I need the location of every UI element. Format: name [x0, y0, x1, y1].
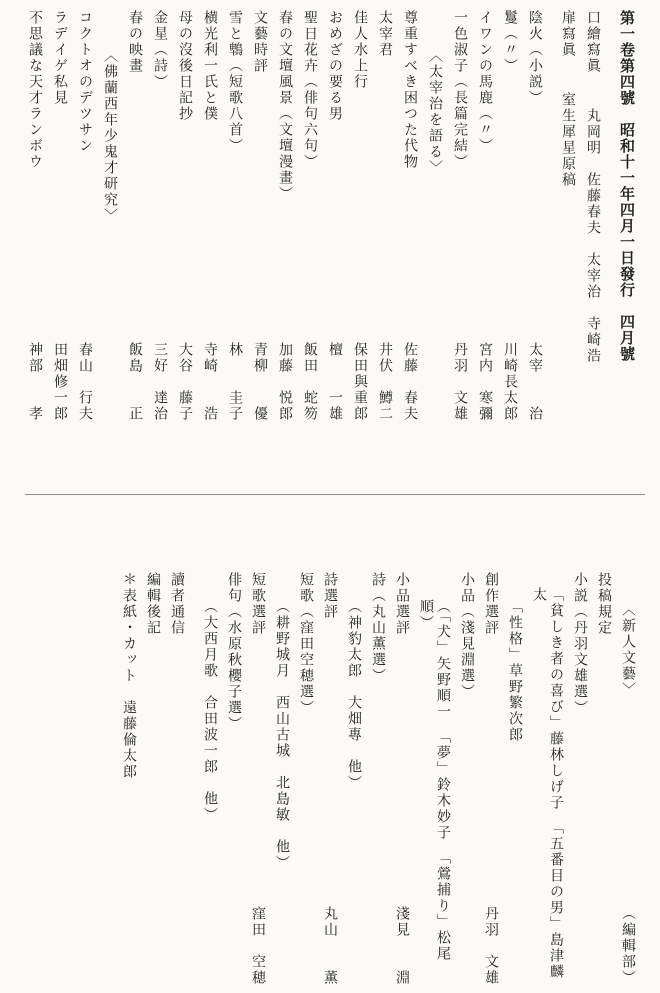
entry-credit: 神部 孝 [26, 342, 43, 422]
entry-credit: 川崎長太郎 [501, 342, 518, 422]
entry-title: 佳人水上行 [351, 10, 368, 90]
entry-credit: 窪田 空穂 [249, 906, 266, 986]
toc-entry: 小説（丹羽文雄選） [571, 572, 588, 986]
entry-title: 聖日花卉（俳句六句） [301, 10, 318, 170]
entry-title: （神豹太郎 大畑專 他） [345, 572, 362, 791]
toc-entry: 短歌（窪田空穂選） [297, 572, 314, 986]
toc-entry: 佳人水上行保田與重郎 [351, 10, 368, 422]
entry-title: おめざの要る男 [326, 10, 343, 122]
entry-title: （「犬」矢野順一 「夢」鈴木妙子 「鶯捕り」松尾順） [417, 572, 451, 986]
toc-entry: ラデイゲ私見田畑修一郎 [51, 10, 68, 422]
toc-entry: 小品（淺見淵選） [458, 572, 475, 986]
entry-title: 投稿規定 [595, 572, 612, 636]
toc-entry: 俳句（水原秋櫻子選） [225, 572, 242, 986]
entry-title: 俳句（水原秋櫻子選） [225, 572, 242, 732]
entry-credit: 淺見 淵 [393, 906, 410, 986]
toc-entry: 一色淑子（長篇完結）丹羽 文雄 [451, 10, 468, 422]
entry-title: 〈太宰治を語る〉 [426, 10, 443, 176]
toc-entry: 讀者通信 [168, 572, 185, 986]
entry-title: 小品選評 [393, 572, 410, 636]
entry-credit: 田畑修一郎 [51, 342, 68, 422]
toc-entry: 聖日花卉（俳句六句）飯田 蛇笏 [301, 10, 318, 422]
toc-entry: 金星（詩）三好 達治 [151, 10, 168, 422]
entry-credit: 丹羽 文雄 [482, 906, 499, 986]
toc-sub-entry: （神豹太郎 大畑專 他） [345, 572, 362, 986]
entry-title: 小説（丹羽文雄選） [571, 572, 588, 716]
toc-entry: イワンの馬鹿（〃）宮内 寒彌 [476, 10, 493, 422]
entry-title: 詩選評 [321, 572, 338, 620]
entry-title: 尊重すべき困つた代物 [401, 10, 418, 170]
entry-title: （大西月歌 合田波一郎 他） [201, 572, 218, 823]
toc-entry: 詩（丸山薫選） [369, 572, 386, 986]
toc-entry: 春の文壇風景（文壇漫畫）加藤 悦郎 [276, 10, 293, 422]
toc-entry: 短歌選評窪田 空穂 [249, 572, 266, 986]
entry-title: 金星（詩） [151, 10, 168, 90]
toc-group-header: 〈佛蘭西年少鬼才研究〉 [101, 10, 118, 422]
entry-credit: 丹羽 文雄 [451, 342, 468, 422]
toc-sub-entry: （大西月歌 合田波一郎 他） [201, 572, 218, 986]
entry-credit: 飯田 蛇笏 [301, 342, 318, 422]
entry-title: ＊表紙・カット 遠藤倫太郎 [120, 572, 137, 780]
entry-title: 「貧しき者の喜び」藤林しげ子 「五番目の男」島津麟太 [530, 572, 564, 986]
toc-sub-entry: 「貧しき者の喜び」藤林しげ子 「五番目の男」島津麟太 [530, 572, 564, 986]
entry-title: ラデイゲ私見 [51, 10, 68, 106]
toc-entry: 横光利一氏と僕寺崎 浩 [201, 10, 218, 422]
toc-entry: 口繪寫眞丸岡明 佐藤春夫 太宰治 寺崎浩 [584, 10, 601, 422]
toc-entry: 春の映畫飯島 正 [126, 10, 143, 422]
section-divider [25, 494, 645, 495]
toc-sub-entry: （「犬」矢野順一 「夢」鈴木妙子 「鶯捕り」松尾順） [417, 572, 451, 986]
entry-title: 陰火（小説） [526, 10, 543, 106]
entry-title: 「性格」草野繁次郎 [506, 572, 523, 743]
entry-credit: 室生犀星原稿 [559, 92, 576, 188]
entry-credit: 井伏 鱒二 [376, 342, 393, 422]
entry-title: 小品（淺見淵選） [458, 572, 475, 700]
entry-title: 詩（丸山薫選） [369, 572, 386, 684]
entry-title: （耕野城月 西山古城 北島敏 他） [273, 572, 290, 871]
entry-credit: 宮内 寒彌 [476, 342, 493, 422]
toc-entry: 雪と鵯（短歌八首）林 圭子 [226, 10, 243, 422]
entry-credit: 太宰 治 [526, 342, 543, 422]
entry-title: 讀者通信 [168, 572, 185, 636]
toc-entry: 編輯後記 [144, 572, 161, 986]
entry-title: 横光利一氏と僕 [201, 10, 218, 122]
entry-title: 短歌選評 [249, 572, 266, 636]
entry-title: 春の映畫 [126, 10, 143, 74]
toc-entry: 太宰君井伏 鱒二 [376, 10, 393, 422]
entry-title: 文藝時評 [251, 10, 268, 74]
magazine-toc-page: 第一卷第四號 昭和十一年四月一日發行 四月號口繪寫眞丸岡明 佐藤春夫 太宰治 寺… [0, 0, 660, 993]
entry-title: 編輯後記 [144, 572, 161, 636]
entry-credit: 佐藤 春夫 [401, 342, 418, 422]
entry-credit: 春山 行夫 [76, 342, 93, 422]
entry-title: 鬘（〃） [501, 10, 518, 74]
toc-sub-entry: （耕野城月 西山古城 北島敏 他） [273, 572, 290, 986]
entry-credit: （編輯部） [619, 906, 636, 986]
entry-title: 春の文壇風景（文壇漫畫） [276, 10, 293, 202]
entry-credit: 林 圭子 [226, 342, 243, 422]
entry-title: 不思議な天才ランボウ [26, 10, 43, 170]
entry-title: 母の沒後日記抄 [176, 10, 193, 122]
toc-entry: 投稿規定 [595, 572, 612, 986]
toc-entry: 創作選評丹羽 文雄 [482, 572, 499, 986]
toc-entry: 尊重すべき困つた代物佐藤 春夫 [401, 10, 418, 422]
toc-entry: 扉寫眞室生犀星原稿 [559, 10, 576, 422]
entry-title: 〈佛蘭西年少鬼才研究〉 [101, 10, 118, 224]
toc-entry: 小品選評淺見 淵 [393, 572, 410, 986]
entry-title: 扉寫眞 [559, 10, 576, 58]
toc-entry: 文藝時評青柳 優 [251, 10, 268, 422]
entry-title: 創作選評 [482, 572, 499, 636]
toc-entry: コクトオのデツサン春山 行夫 [76, 10, 93, 422]
entry-title: 短歌（窪田空穂選） [297, 572, 314, 716]
entry-title: コクトオのデツサン [76, 10, 93, 154]
entry-title: 太宰君 [376, 10, 393, 58]
entry-credit: 保田與重郎 [351, 342, 368, 422]
toc-top-block: 第一卷第四號 昭和十一年四月一日發行 四月號口繪寫眞丸岡明 佐藤春夫 太宰治 寺… [18, 10, 636, 422]
toc-sub-entry: 「性格」草野繁次郎 [506, 572, 523, 986]
entry-credit: 三好 達治 [151, 342, 168, 422]
toc-entry: 不思議な天才ランボウ神部 孝 [26, 10, 43, 422]
toc-bottom-block: 〈新人文藝〉（編輯部）投稿規定小説（丹羽文雄選）「貧しき者の喜び」藤林しげ子 「… [113, 572, 636, 986]
issue-line-text: 第一卷第四號 昭和十一年四月一日發行 四月號 [617, 10, 636, 362]
entry-credit: 加藤 悦郎 [276, 342, 293, 422]
entry-credit: 丸岡明 佐藤春夫 太宰治 寺崎浩 [584, 108, 601, 364]
entry-title: 口繪寫眞 [584, 10, 601, 74]
toc-entry: 母の沒後日記抄大谷 藤子 [176, 10, 193, 422]
toc-entry: 陰火（小説）太宰 治 [526, 10, 543, 422]
entry-credit: 青柳 優 [251, 342, 268, 422]
entry-credit: 飯島 正 [126, 342, 143, 422]
entry-title: 〈新人文藝〉 [619, 572, 636, 698]
entry-title: イワンの馬鹿（〃） [476, 10, 493, 154]
toc-entry: ＊表紙・カット 遠藤倫太郎 [120, 572, 137, 986]
toc-entry: おめざの要る男檀 一雄 [326, 10, 343, 422]
entry-title: 雪と鵯（短歌八首） [226, 10, 243, 154]
entry-credit: 檀 一雄 [326, 342, 343, 422]
toc-group-header: 〈太宰治を語る〉 [426, 10, 443, 422]
toc-entry: 鬘（〃）川崎長太郎 [501, 10, 518, 422]
entry-credit: 大谷 藤子 [176, 342, 193, 422]
toc-entry: 詩選評丸山 薫 [321, 572, 338, 986]
toc-group-header: 〈新人文藝〉（編輯部） [619, 572, 636, 986]
entry-credit: 寺崎 浩 [201, 342, 218, 422]
entry-title: 一色淑子（長篇完結） [451, 10, 468, 170]
entry-credit: 丸山 薫 [321, 906, 338, 986]
issue-header-column: 第一卷第四號 昭和十一年四月一日發行 四月號 [617, 10, 636, 422]
